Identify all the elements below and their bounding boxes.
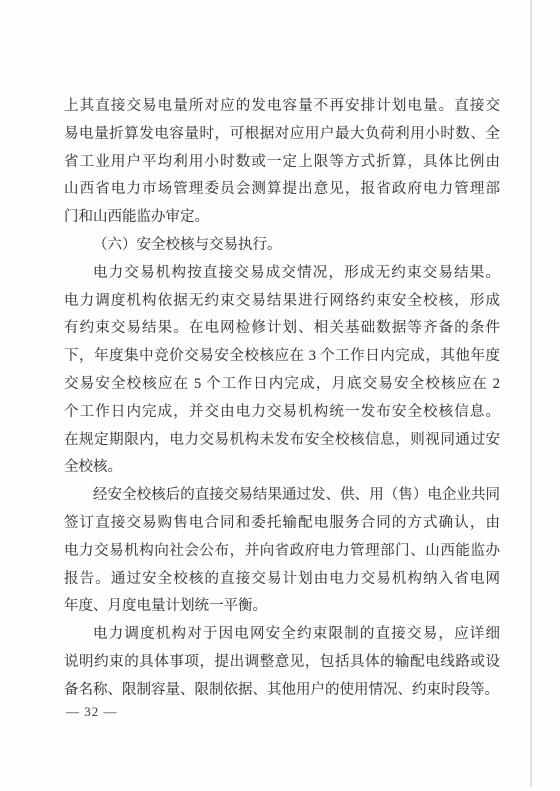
page-number: — 32 — (66, 700, 118, 724)
text-line: 门和山西能监办审定。 (64, 204, 500, 232)
text-line: 电力调度机构对于因电网安全约束限制的直接交易，应详细 (64, 621, 500, 649)
text-line: 电力交易机构向社会公布，并向省政府电力管理部门、山西能监办 (64, 538, 500, 566)
text-line: （六）安全校核与交易执行。 (64, 232, 500, 260)
text-block: 上其直接交易电量所对应的发电容量不再安排计划电量。直接交易电量折算发电容量时，可… (64, 93, 500, 705)
text-line: 年度、月度电量计划统一平衡。 (64, 593, 500, 621)
text-line: 在规定期限内，电力交易机构未发布安全校核信息，则视同通过安 (64, 427, 500, 455)
text-line: 有约束交易结果。在电网检修计划、相关基础数据等齐备的条件 (64, 315, 500, 343)
text-line: 交易安全校核应在 5 个工作日内完成，月底交易安全校核应在 2 (64, 371, 500, 399)
text-line: 电力交易机构按直接交易成交情况，形成无约束交易结果。 (64, 260, 500, 288)
document-page: 上其直接交易电量所对应的发电容量不再安排计划电量。直接交易电量折算发电容量时，可… (0, 0, 560, 791)
text-line: 上其直接交易电量所对应的发电容量不再安排计划电量。直接交 (64, 93, 500, 121)
text-line: 经安全校核后的直接交易结果通过发、供、用（售）电企业共同 (64, 482, 500, 510)
text-line: 备名称、限制容量、限制依据、其他用户的使用情况、约束时段等。 (64, 677, 500, 705)
text-line: 山西省电力市场管理委员会测算提出意见，报省政府电力管理部 (64, 176, 500, 204)
scan-edge-line (530, 0, 532, 787)
text-line: 全校核。 (64, 454, 500, 482)
text-line: 签订直接交易购售电合同和委托输配电服务合同的方式确认，由 (64, 510, 500, 538)
text-line: 报告。通过安全校核的直接交易计划由电力交易机构纳入省电网 (64, 566, 500, 594)
text-line: 说明约束的具体事项，提出调整意见，包括具体的输配电线路或设 (64, 649, 500, 677)
text-line: 个工作日内完成，并交由电力交易机构统一发布安全校核信息。 (64, 399, 500, 427)
text-line: 下，年度集中竞价交易安全校核应在 3 个工作日内完成，其他年度 (64, 343, 500, 371)
text-line: 电力调度机构依据无约束交易结果进行网络约束安全校核，形成 (64, 288, 500, 316)
text-line: 易电量折算发电容量时，可根据对应用户最大负荷利用小时数、全 (64, 121, 500, 149)
text-line: 省工业用户平均利用小时数或一定上限等方式折算，具体比例由 (64, 149, 500, 177)
